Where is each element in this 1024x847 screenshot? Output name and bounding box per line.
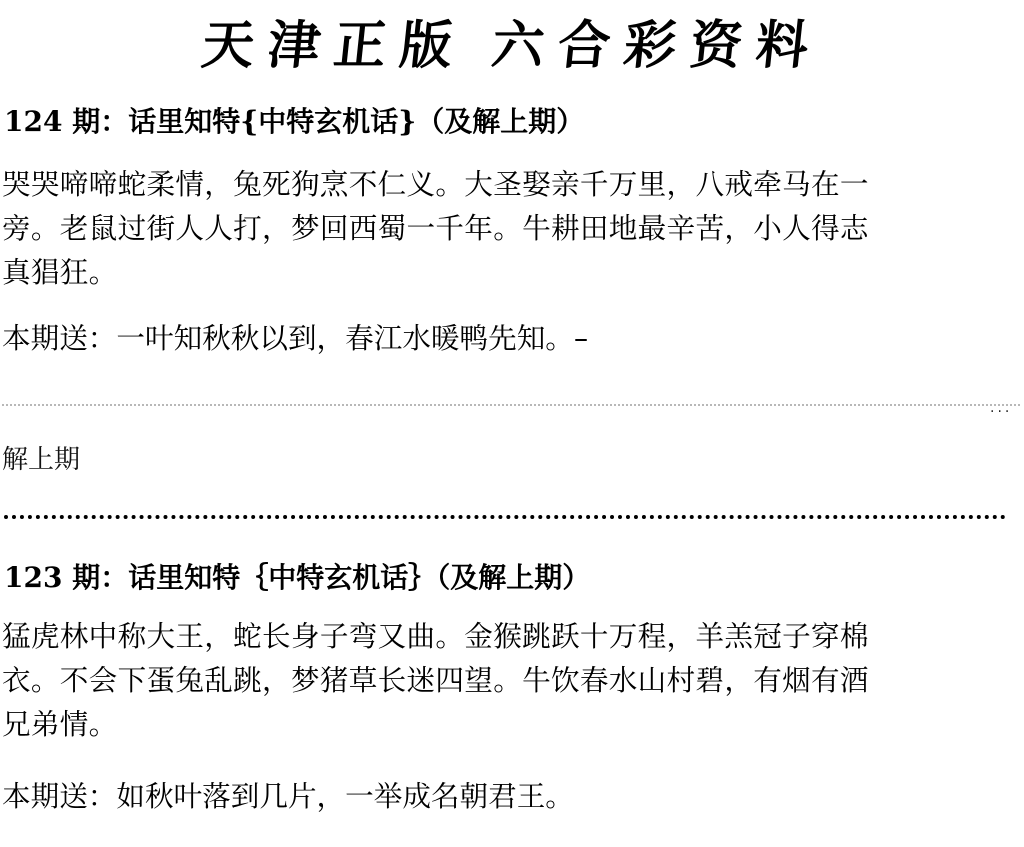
issue-gift-124: 本期送：一叶知秋秋以到，春江水暖鸭先知。– xyxy=(2,318,588,358)
issue-heading-124: 124 期：话里知特{中特玄机话}（及解上期） xyxy=(4,102,584,142)
page-title: 天津正版六合彩资料 xyxy=(0,10,1024,82)
body-line: 真猖狂。 xyxy=(2,250,1024,294)
previous-answer-label: 解上期 xyxy=(2,440,80,480)
title-part-2: 六合彩资料 xyxy=(489,15,825,76)
title-part-1: 天津正版 xyxy=(199,15,469,76)
dotted-divider-bold xyxy=(4,515,1006,519)
issue-gift-123: 本期送：如秋叶落到几片，一举成名朝君王。 xyxy=(2,776,574,816)
dotted-divider-end: ... xyxy=(990,400,1012,416)
issue-heading-123: 123 期：话里知特｛中特玄机话｝（及解上期） xyxy=(4,558,590,598)
body-line: 衣。不会下蛋兔乱跳，梦猪草长迷四望。牛饮春水山村碧，有烟有酒 xyxy=(2,658,1024,702)
body-line: 哭哭啼啼蛇柔情，兔死狗烹不仁义。大圣娶亲千万里，八戒牵马在一 xyxy=(2,162,1024,206)
body-line: 猛虎林中称大王，蛇长身子弯又曲。金猴跳跃十万程，羊羔冠子穿棉 xyxy=(2,614,1024,658)
body-line: 兄弟情。 xyxy=(2,702,1024,746)
dotted-divider-light xyxy=(2,404,1020,406)
body-line: 旁。老鼠过街人人打，梦回西蜀一千年。牛耕田地最辛苦，小人得志 xyxy=(2,206,1024,250)
issue-body-123: 猛虎林中称大王，蛇长身子弯又曲。金猴跳跃十万程，羊羔冠子穿棉 衣。不会下蛋兔乱跳… xyxy=(2,614,1024,746)
issue-body-124: 哭哭啼啼蛇柔情，兔死狗烹不仁义。大圣娶亲千万里，八戒牵马在一 旁。老鼠过街人人打… xyxy=(2,162,1024,294)
